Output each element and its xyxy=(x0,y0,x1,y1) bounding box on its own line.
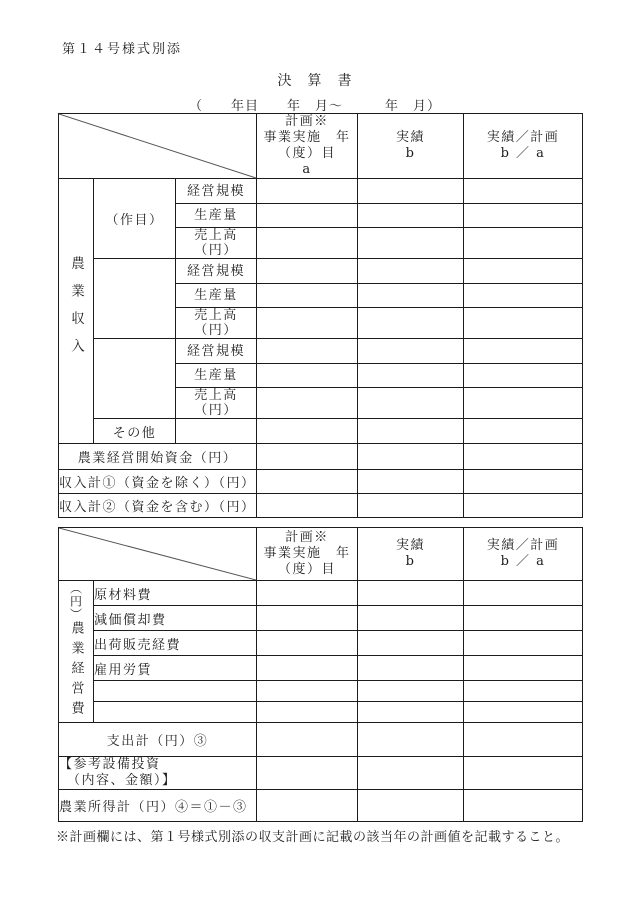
metric-volume-label: 生産量 xyxy=(176,204,257,228)
data-cell xyxy=(464,388,583,419)
data-cell xyxy=(358,757,464,790)
data-cell xyxy=(358,681,464,702)
expense-item-label-empty xyxy=(94,702,257,723)
footnote: ※計画欄には、第１号様式別添の収支計画に記載の該当年の計画値を記載すること。 xyxy=(56,826,569,845)
data-cell xyxy=(358,702,464,723)
data-cell xyxy=(464,419,583,444)
expense-header-diagonal-cell xyxy=(59,528,257,581)
income-col-header-ratio: 実績／計画 b ／ a xyxy=(464,114,583,179)
data-cell xyxy=(257,388,358,419)
data-cell xyxy=(464,790,583,822)
metric-scale-label: 経営規模 xyxy=(176,259,257,284)
data-cell xyxy=(358,364,464,388)
diagonal-line xyxy=(59,114,256,178)
document-page: 第１４号様式別添 決 算 書 （ 年目 年 月～ 年 月） 計画※ 事業実施 年… xyxy=(0,0,630,903)
expense-total-row-label: 支出計（円）③ xyxy=(59,723,257,757)
expense-col-header-actual: 実績 b xyxy=(358,528,464,581)
metric-sales-label: 売上高 （円） xyxy=(176,308,257,339)
data-cell xyxy=(464,228,583,259)
data-cell xyxy=(257,179,358,204)
data-cell xyxy=(464,681,583,702)
data-cell xyxy=(358,790,464,822)
metric-sales-label: 売上高 （円） xyxy=(176,228,257,259)
other-income-label: その他 xyxy=(94,419,176,444)
data-cell xyxy=(464,364,583,388)
data-cell xyxy=(464,284,583,308)
data-cell xyxy=(257,308,358,339)
data-cell xyxy=(464,204,583,228)
data-cell xyxy=(257,364,358,388)
data-cell xyxy=(257,757,358,790)
data-cell xyxy=(358,259,464,284)
crop-group-1-label: （作目） xyxy=(94,179,176,259)
data-cell xyxy=(464,581,583,606)
data-cell xyxy=(358,606,464,631)
data-cell xyxy=(464,757,583,790)
capital-investment-row-label: 【参考設備投資 （内容、金額）】 xyxy=(59,757,257,790)
expense-item-label: 減価償却費 xyxy=(94,606,257,631)
data-cell xyxy=(358,339,464,364)
data-cell xyxy=(257,259,358,284)
data-cell xyxy=(257,419,358,444)
data-cell xyxy=(464,723,583,757)
data-cell xyxy=(464,702,583,723)
data-cell xyxy=(257,723,358,757)
data-cell xyxy=(257,494,358,518)
expense-side-unit: （円） xyxy=(68,582,85,621)
page-title: 決 算 書 xyxy=(0,70,630,90)
data-cell xyxy=(257,339,358,364)
income-total-2-row-label: 収入計②（資金を含む）（円） xyxy=(59,494,257,518)
data-cell xyxy=(358,388,464,419)
data-cell xyxy=(358,444,464,470)
startup-fund-row-label: 農業経営開始資金（円） xyxy=(59,444,257,470)
metric-sales-label: 売上高 （円） xyxy=(176,388,257,419)
empty-metric-cell xyxy=(176,419,257,444)
income-side-label: 農業収入 xyxy=(66,256,86,366)
expense-item-label: 出荷販売経費 xyxy=(94,631,257,656)
income-col-header-plan: 計画※ 事業実施 年 （度）目 a xyxy=(257,114,358,179)
metric-scale-label: 経営規模 xyxy=(176,179,257,204)
income-header-diagonal-cell xyxy=(59,114,257,179)
data-cell xyxy=(358,494,464,518)
data-cell xyxy=(464,308,583,339)
data-cell xyxy=(358,308,464,339)
data-cell xyxy=(464,470,583,494)
form-number: 第１４号様式別添 xyxy=(62,38,182,57)
data-cell xyxy=(257,470,358,494)
expense-col-header-plan: 計画※ 事業実施 年 （度）目 xyxy=(257,528,358,581)
data-cell xyxy=(464,606,583,631)
data-cell xyxy=(358,581,464,606)
expense-item-label: 雇用労賃 xyxy=(94,656,257,681)
data-cell xyxy=(464,444,583,470)
expense-item-label-empty xyxy=(94,681,257,702)
data-cell xyxy=(358,179,464,204)
income-total-1-row-label: 収入計①（資金を除く）（円） xyxy=(59,470,257,494)
crop-group-2-label xyxy=(94,259,176,339)
data-cell xyxy=(257,681,358,702)
data-cell xyxy=(358,723,464,757)
metric-volume-label: 生産量 xyxy=(176,284,257,308)
data-cell xyxy=(464,494,583,518)
data-cell xyxy=(257,656,358,681)
data-cell xyxy=(464,631,583,656)
expense-item-label: 原材料費 xyxy=(94,581,257,606)
data-cell xyxy=(358,204,464,228)
data-cell xyxy=(358,228,464,259)
metric-scale-label: 経営規模 xyxy=(176,339,257,364)
data-cell xyxy=(257,228,358,259)
crop-group-3-label xyxy=(94,339,176,419)
data-cell xyxy=(358,631,464,656)
expense-col-header-ratio: 実績／計画 b ／ a xyxy=(464,528,583,581)
data-cell xyxy=(358,470,464,494)
data-cell xyxy=(464,179,583,204)
data-cell xyxy=(257,790,358,822)
expense-table: 計画※ 事業実施 年 （度）目 実績 b 実績／計画 b ／ a （円）農業経営… xyxy=(58,527,583,822)
data-cell xyxy=(257,284,358,308)
data-cell xyxy=(257,702,358,723)
data-cell xyxy=(257,444,358,470)
diagonal-line xyxy=(59,528,256,580)
period-line: （ 年目 年 月～ 年 月） xyxy=(0,95,630,114)
metric-volume-label: 生産量 xyxy=(176,364,257,388)
data-cell xyxy=(257,606,358,631)
data-cell xyxy=(257,204,358,228)
data-cell xyxy=(358,656,464,681)
expense-side-label-cell: （円）農業経営費 xyxy=(59,581,94,723)
farm-income-total-row-label: 農業所得計（円）④＝①－③ xyxy=(59,790,257,822)
income-col-header-actual: 実績 b xyxy=(358,114,464,179)
income-table: 計画※ 事業実施 年 （度）目 a 実績 b 実績／計画 b ／ a 農業収入 … xyxy=(58,113,583,518)
data-cell xyxy=(464,259,583,284)
expense-side-label: 農業経営費 xyxy=(67,621,86,721)
data-cell xyxy=(257,631,358,656)
data-cell xyxy=(464,339,583,364)
data-cell xyxy=(257,581,358,606)
income-side-label-cell: 農業収入 xyxy=(59,179,94,444)
data-cell xyxy=(358,419,464,444)
data-cell xyxy=(358,284,464,308)
data-cell xyxy=(464,656,583,681)
